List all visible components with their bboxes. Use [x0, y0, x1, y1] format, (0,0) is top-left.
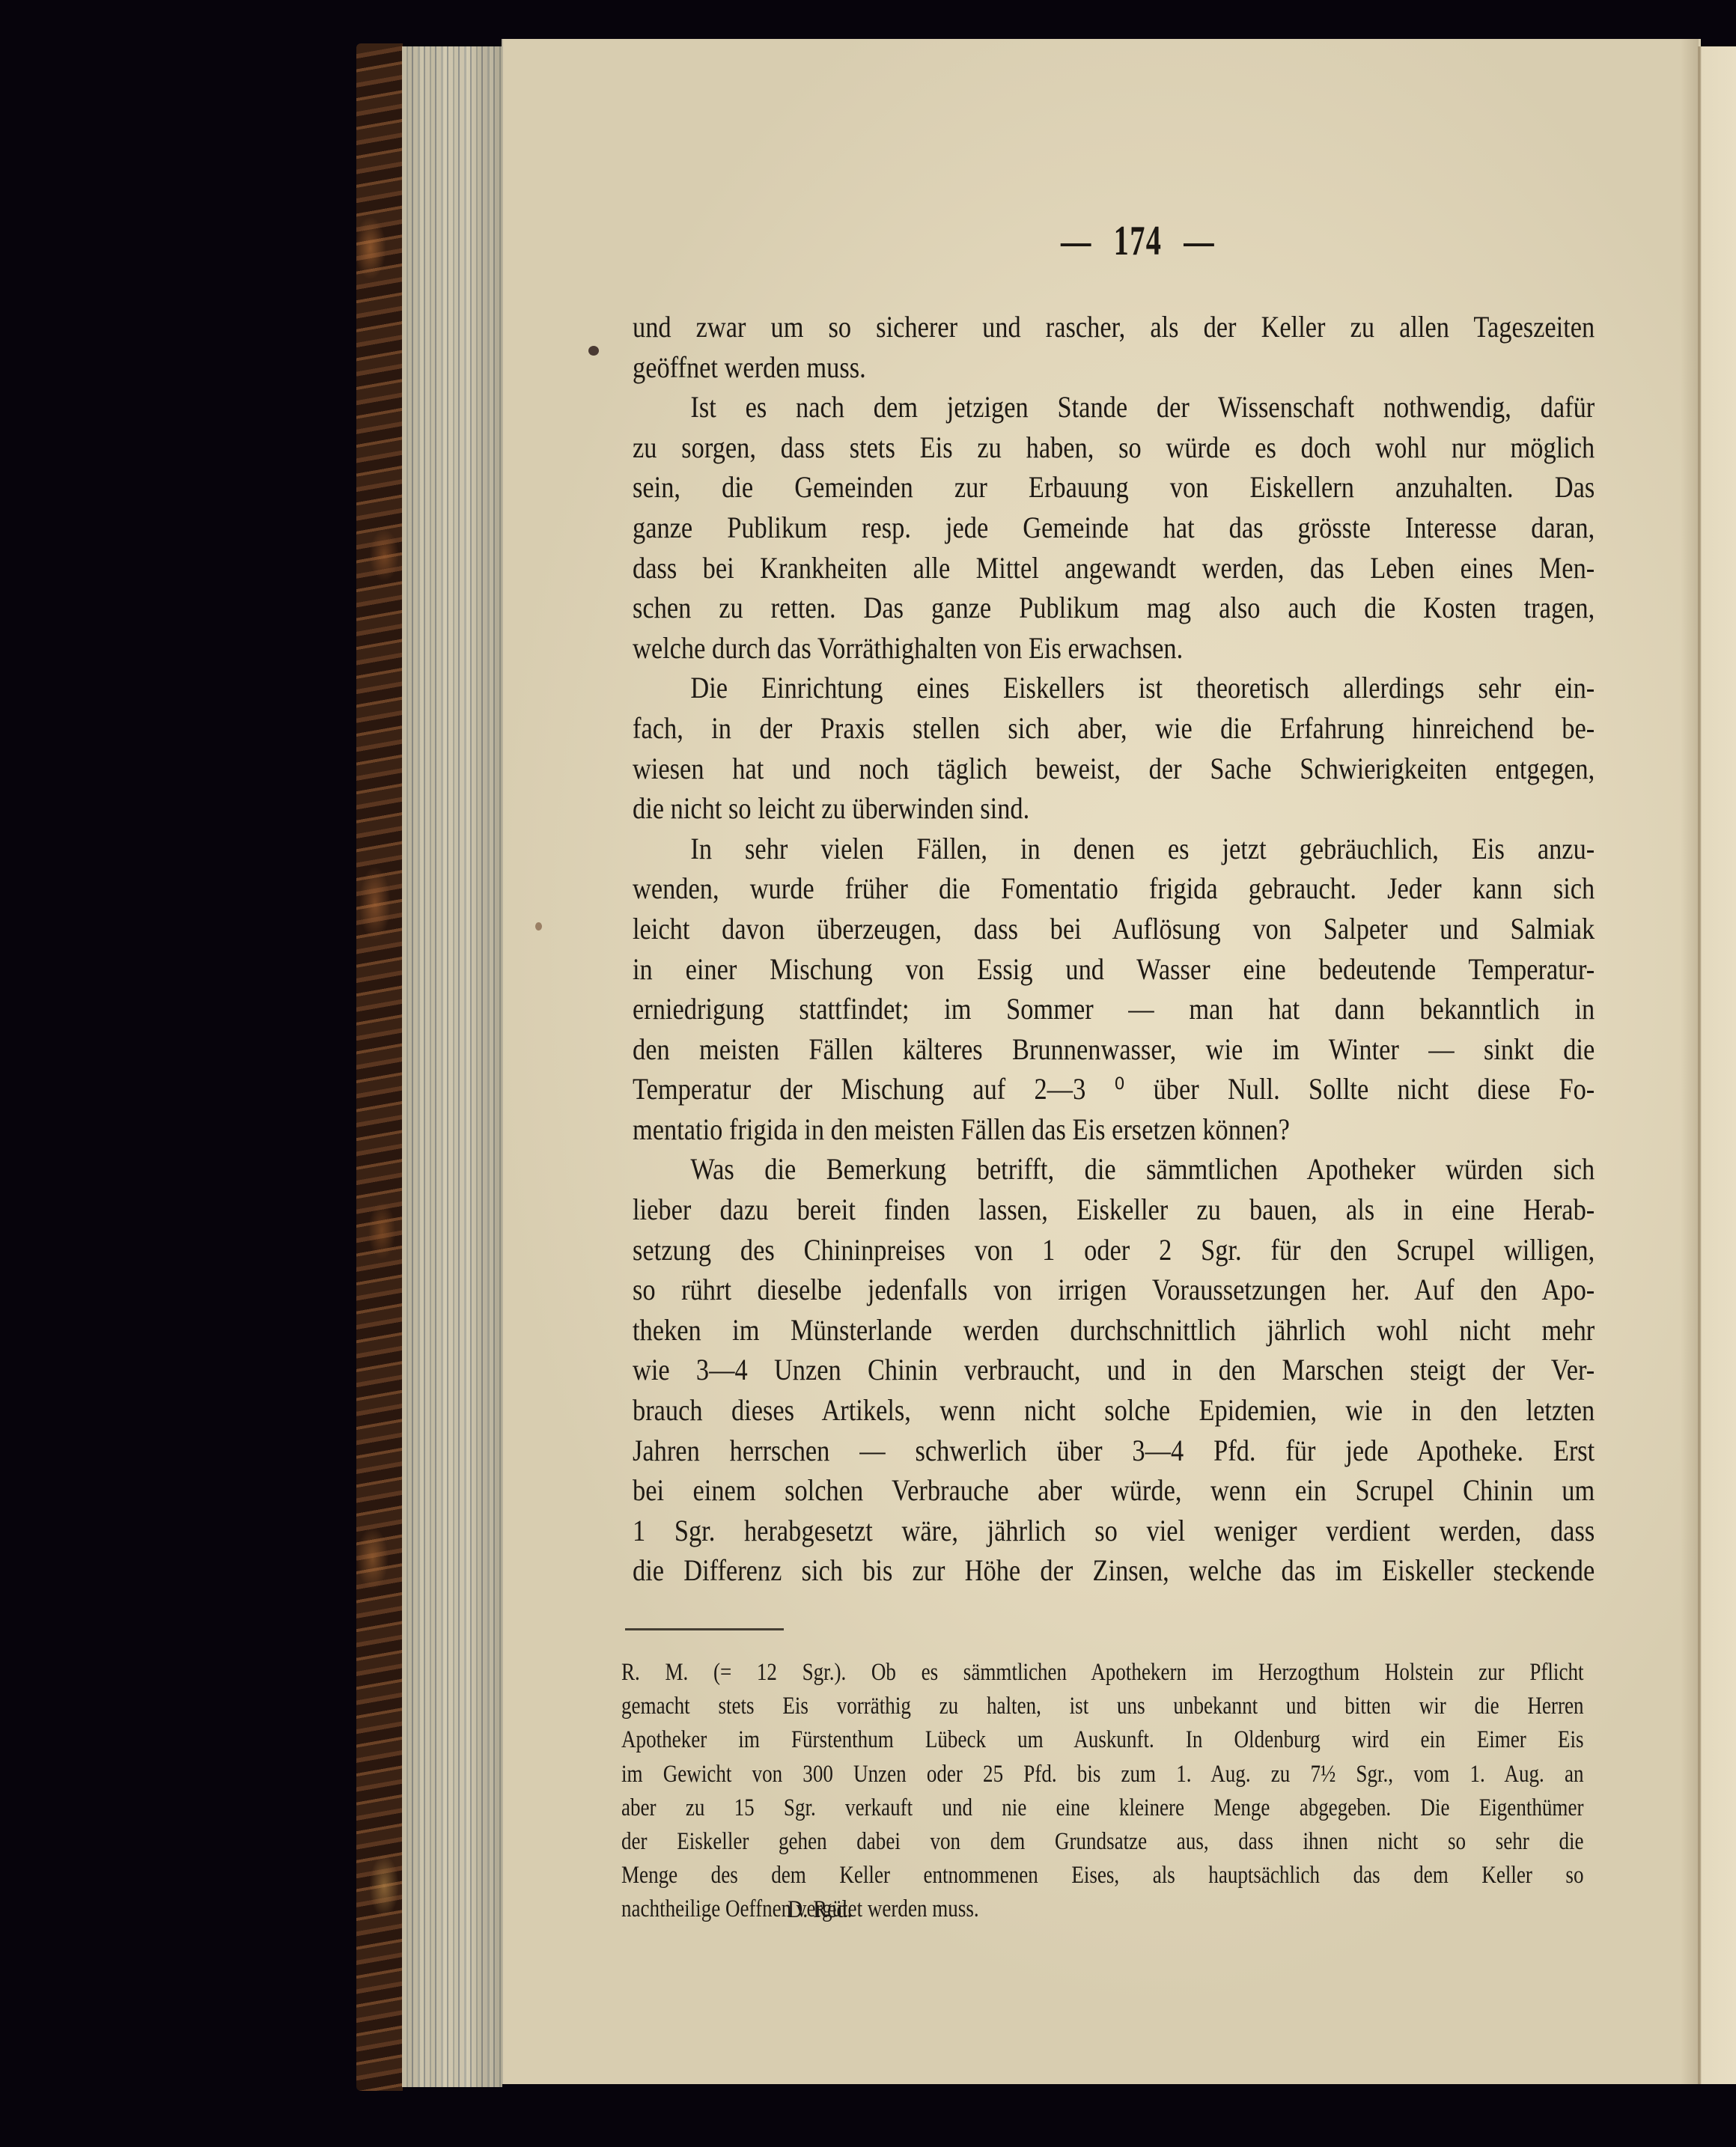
footnote-line: der Eiskeller gehen dabei von dem Grunds… [621, 1825, 1584, 1859]
text-line: wiesen hat und noch täglich beweist, der… [633, 749, 1595, 789]
text-line: dass bei Krankheiten alle Mittel angewan… [633, 548, 1595, 588]
footnote-separator-rule [625, 1628, 784, 1630]
text-line: in einer Mischung von Essig und Wasser e… [633, 949, 1595, 990]
page-number: — 174 — [1020, 217, 1257, 265]
text-line: lieber dazu bereit finden lassen, Eiskel… [633, 1190, 1595, 1230]
stacked-page-edges [402, 46, 502, 2087]
footnote-line: gemacht stets Eis vorräthig zu halten, i… [621, 1690, 1584, 1723]
text-line: theken im Münsterlande werden durchschni… [633, 1310, 1595, 1350]
gutter-shadow [1681, 39, 1699, 2084]
text-line: Jahren herrschen — schwerlich über 3—4 P… [633, 1431, 1595, 1471]
text-line: Ist es nach dem jetzigen Stande der Wiss… [633, 387, 1595, 427]
marbled-book-binding [356, 43, 403, 2091]
text-line: wenden, wurde früher die Fomentatio frig… [633, 868, 1595, 909]
text-line: mentatio frigida in den meisten Fällen d… [633, 1109, 1595, 1150]
next-page-edge [1698, 46, 1736, 2084]
footnote-line: aber zu 15 Sgr. verkauft und nie eine kl… [621, 1791, 1584, 1825]
text-line: ganze Publikum resp. jede Gemeinde hat d… [633, 508, 1595, 548]
text-line: die nicht so leicht zu überwinden sind. [633, 788, 1595, 829]
footnote-line: nachtheilige Oeffnen vergütet werden mus… [621, 1892, 1584, 1926]
ink-speck [588, 346, 599, 356]
text-line: sein, die Gemeinden zur Erbauung von Eis… [633, 467, 1595, 508]
text-line: die Differenz sich bis zur Höhe der Zins… [633, 1550, 1595, 1591]
text-line: und zwar um so sicherer und rascher, als… [633, 307, 1595, 347]
text-line: setzung des Chininpreises von 1 oder 2 S… [633, 1230, 1595, 1270]
footnote-line: Menge des dem Keller entnommenen Eises, … [621, 1859, 1584, 1892]
text-line: welche durch das Vorräthighalten von Eis… [633, 628, 1595, 669]
body-text: und zwar um so sicherer und rascher, als… [633, 307, 1595, 1591]
text-line: geöffnet werden muss. [633, 347, 1595, 388]
text-line: bei einem solchen Verbrauche aber würde,… [633, 1470, 1595, 1511]
text-line: brauch dieses Artikels, wenn nicht solch… [633, 1390, 1595, 1431]
text-line: 1 Sgr. herabgesetzt wäre, jährlich so vi… [633, 1511, 1595, 1551]
text-line: fach, in der Praxis stellen sich aber, w… [633, 708, 1595, 749]
footnote-line: im Gewicht von 300 Unzen oder 25 Pfd. bi… [621, 1758, 1584, 1791]
footnote: R. M. (= 12 Sgr.). Ob es sämmtlichen Apo… [621, 1656, 1583, 1927]
text-line: Was die Bemerkung betrifft, die sämmtlic… [633, 1149, 1595, 1190]
text-line: so rührt dieselbe jedenfalls von irrigen… [633, 1270, 1595, 1310]
text-line: leicht davon überzeugen, dass bei Auflös… [633, 909, 1595, 949]
text-line: In sehr vielen Fällen, in denen es jetzt… [633, 829, 1595, 869]
text-line: schen zu retten. Das ganze Publikum mag … [633, 588, 1595, 628]
foxing-spot [535, 922, 542, 931]
text-line: erniedrigung stattfindet; im Sommer — ma… [633, 989, 1595, 1029]
text-line: wie 3—4 Unzen Chinin verbraucht, und in … [633, 1350, 1595, 1390]
footnote-signature: D. Red. [788, 1896, 852, 1924]
footnote-line: Apotheker im Fürstenthum Lübeck um Ausku… [621, 1723, 1584, 1757]
text-line: zu sorgen, dass stets Eis zu haben, so w… [633, 427, 1595, 468]
text-line: den meisten Fällen kälteres Brunnenwasse… [633, 1029, 1595, 1070]
text-line: Temperatur der Mischung auf 2—3 ⁰ über N… [633, 1069, 1595, 1109]
footnote-line: R. M. (= 12 Sgr.). Ob es sämmtlichen Apo… [621, 1656, 1584, 1690]
text-line: Die Einrichtung eines Eiskellers ist the… [633, 668, 1595, 708]
